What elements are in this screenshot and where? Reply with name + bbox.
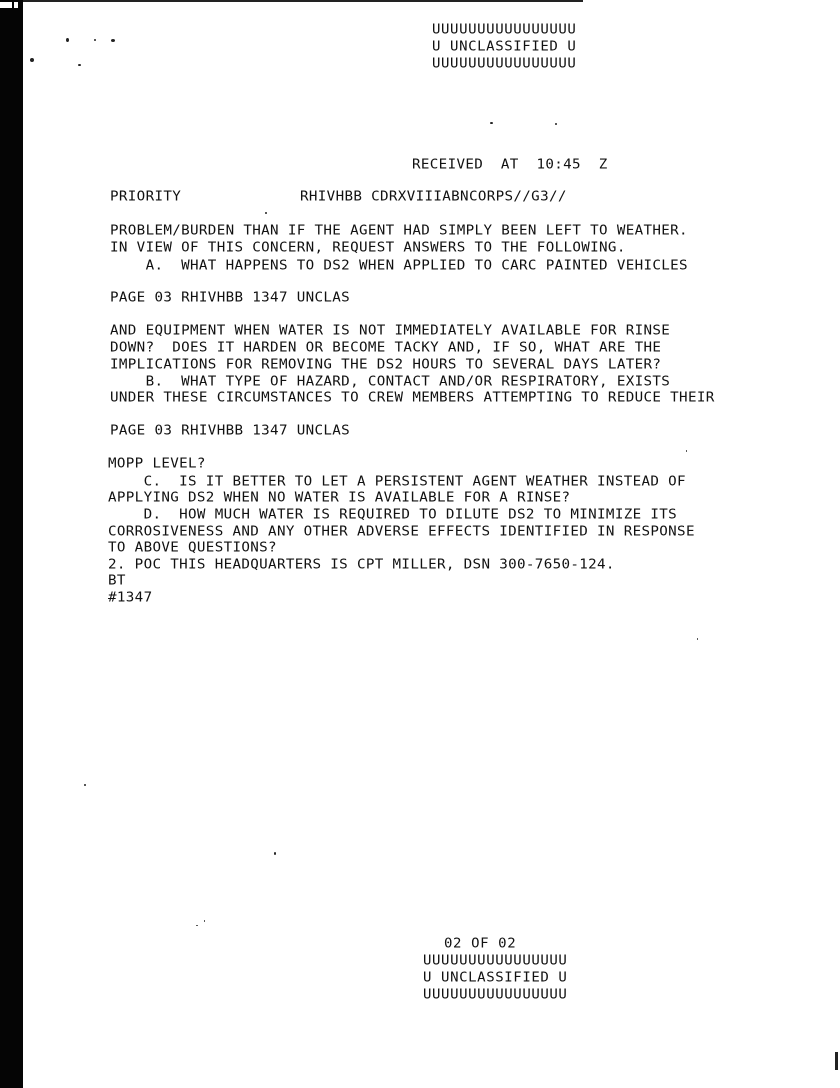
- scan-artifact: [14, 2, 18, 8]
- banner-line: UUUUUUUUUUUUUUUU: [423, 987, 567, 1002]
- body-line: A. WHAT HAPPENS TO DS2 WHEN APPLIED TO C…: [110, 258, 688, 273]
- classification-label: U UNCLASSIFIED U: [423, 970, 567, 985]
- scan-speck: [94, 39, 96, 41]
- body-line: MOPP LEVEL?: [108, 456, 206, 471]
- body-line: DOWN? DOES IT HARDEN OR BECOME TACKY AND…: [110, 340, 661, 355]
- body-line: IN VIEW OF THIS CONCERN, REQUEST ANSWERS…: [110, 240, 626, 255]
- scan-speck: [686, 450, 687, 452]
- scan-speck: [697, 638, 698, 640]
- scan-speck: [490, 122, 493, 124]
- page-count: 02 OF 02: [444, 936, 516, 951]
- body-line: TO ABOVE QUESTIONS?: [108, 540, 277, 555]
- scan-left-border: [0, 0, 23, 1088]
- page-header: PAGE 03 RHIVHBB 1347 UNCLAS: [110, 423, 350, 438]
- body-line: CORROSIVENESS AND ANY OTHER ADVERSE EFFE…: [108, 524, 695, 539]
- scan-speck: [204, 920, 205, 922]
- body-line: B. WHAT TYPE OF HAZARD, CONTACT AND/OR R…: [110, 374, 670, 389]
- banner-line: UUUUUUUUUUUUUUUU: [432, 56, 576, 71]
- scan-speck: [196, 925, 198, 926]
- break-marker: BT: [108, 573, 126, 588]
- message-number: #1347: [108, 590, 152, 605]
- precedence-label: PRIORITY: [110, 189, 181, 204]
- banner-line: UUUUUUUUUUUUUUUU: [423, 953, 567, 968]
- scan-speck: [555, 123, 557, 125]
- body-line: IMPLICATIONS FOR REMOVING THE DS2 HOURS …: [110, 357, 661, 372]
- page-header: PAGE 03 RHIVHBB 1347 UNCLAS: [110, 290, 350, 305]
- scan-speck: [265, 212, 267, 214]
- scan-speck: [30, 58, 34, 62]
- received-timestamp: RECEIVED AT 10:45 Z: [412, 157, 608, 172]
- scan-artifact: [0, 2, 12, 8]
- body-line: UNDER THESE CIRCUMSTANCES TO CREW MEMBER…: [110, 390, 715, 405]
- scan-top-edge: [23, 0, 583, 2]
- scan-speck: [111, 39, 115, 42]
- body-line: PROBLEM/BURDEN THAN IF THE AGENT HAD SIM…: [110, 223, 688, 238]
- scan-speck: [78, 64, 81, 66]
- classification-label: U UNCLASSIFIED U: [432, 39, 576, 54]
- body-line: C. IS IT BETTER TO LET A PERSISTENT AGEN…: [108, 474, 686, 489]
- scan-speck: [84, 784, 86, 786]
- scan-speck: [274, 852, 276, 855]
- scan-artifact: [835, 1052, 838, 1070]
- body-line: APPLYING DS2 WHEN NO WATER IS AVAILABLE …: [108, 490, 570, 505]
- routing-address: RHIVHBB CDRXVIIIABNCORPS//G3//: [300, 189, 567, 204]
- body-line: D. HOW MUCH WATER IS REQUIRED TO DILUTE …: [108, 507, 677, 522]
- scan-speck: [66, 38, 69, 42]
- body-line: AND EQUIPMENT WHEN WATER IS NOT IMMEDIAT…: [110, 323, 670, 338]
- poc-line: 2. POC THIS HEADQUARTERS IS CPT MILLER, …: [108, 557, 615, 572]
- banner-line: UUUUUUUUUUUUUUUU: [432, 22, 576, 37]
